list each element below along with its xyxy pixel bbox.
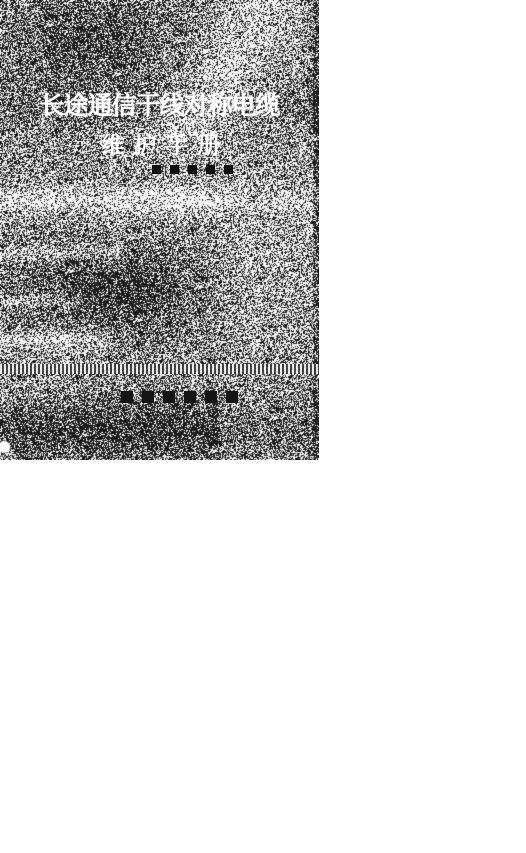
decorative-tick-band <box>0 364 319 374</box>
publisher-char: 民 <box>121 391 133 403</box>
book-cover: 长途通信干线对称电缆 维护手册 人民邮电出版社 <box>0 0 319 460</box>
author-line-obscured <box>152 165 233 174</box>
book-title: 长途通信干线对称电缆 <box>0 91 319 121</box>
publisher-char: 邮 <box>142 391 154 403</box>
book-subtitle: 维护手册 <box>0 132 319 160</box>
author-char-block <box>206 165 215 174</box>
publisher-char: 出 <box>184 391 196 403</box>
corner-wear-mark <box>0 438 14 456</box>
author-char-block <box>170 165 179 174</box>
publisher-char: 社 <box>226 391 238 403</box>
publisher-name: 人民邮电出版社 <box>100 391 238 403</box>
publisher-char: 版 <box>205 391 217 403</box>
author-char-block <box>188 165 197 174</box>
publisher-char: 人 <box>100 391 112 403</box>
author-char-block <box>152 165 161 174</box>
publisher-char: 电 <box>163 391 175 403</box>
author-char-block <box>224 165 233 174</box>
